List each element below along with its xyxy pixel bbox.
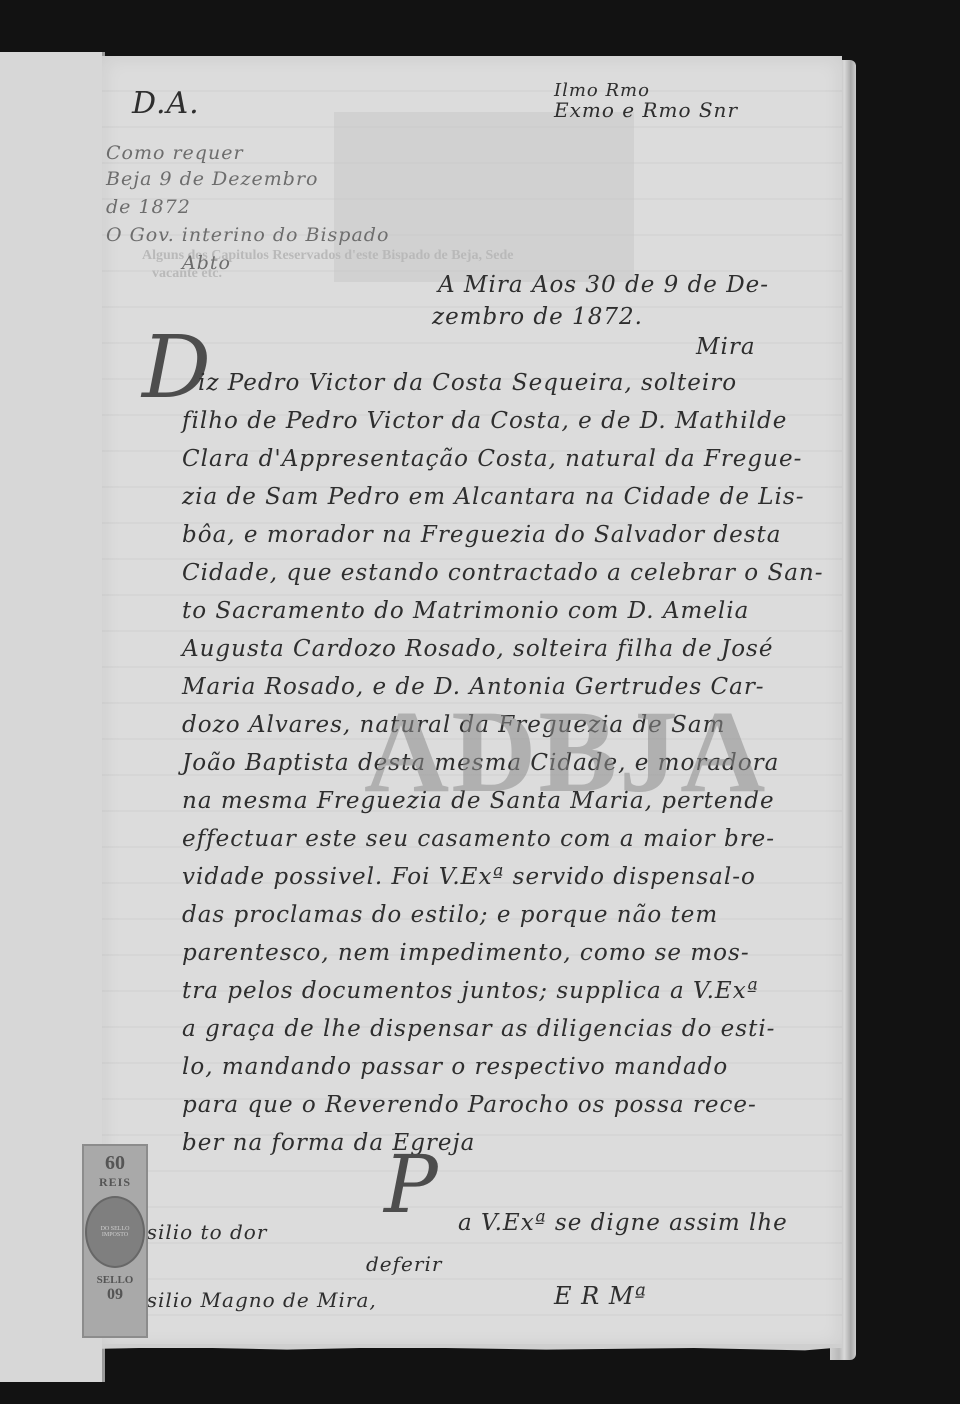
drop-cap-d: D [142,318,211,418]
body-line: lo, mandando passar o respectivo mandado [182,1054,728,1080]
body-line: Clara d'Appresentação Costa, natural da … [182,446,802,472]
closing-line: a V.Exª se digne assim lhe [458,1210,788,1236]
archive-watermark: ADBJA [364,684,767,820]
header-salutation: Exmo e Rmo Snr [554,98,738,122]
header-initials: D.A. [132,86,200,121]
body-line: zia de Sam Pedro em Alcantara na Cidade … [182,484,804,510]
margin-note-line: Abto [182,252,231,274]
body-line: to Sacramento do Matrimonio com D. Ameli… [182,598,749,624]
closing-deferir: deferir [366,1252,442,1276]
stamp-unit: REIS [84,1175,146,1190]
stamp-label: SELLO [84,1274,146,1286]
body-line: tra pelos documentos juntos; supplica a … [182,978,759,1004]
margin-note-line: O Gov. interino do Bispado [106,224,389,246]
place-heading: Mira [696,334,756,360]
margin-note-line: de 1872 [106,196,191,218]
stamp-value: 60 [84,1152,146,1175]
revenue-stamp: 60 REIS DO SELLO IMPOSTO SELLO 09 [82,1144,148,1338]
margin-note-line: Beja 9 de Dezembro [106,168,318,190]
stamp-seal-text: DO SELLO IMPOSTO [87,1226,143,1238]
body-line: a graça de lhe dispensar as diligencias … [182,1016,775,1042]
body-line: parentesco, nem impedimento, como se mos… [182,940,750,966]
body-line: bôa, e morador na Freguezia do Salvador … [182,522,782,548]
stamp-seal-icon: DO SELLO IMPOSTO [85,1196,145,1268]
margin-note-line: Como requer [106,142,244,164]
dateline-2: zembro de 1872. [432,304,643,330]
stamp-number: 09 [84,1286,146,1304]
body-line: vidade possivel. Foi V.Exª servido dispe… [182,864,756,890]
dateline-1: A Mira Aos 30 de 9 de De- [438,272,769,298]
closing-erm: E R Mª [554,1282,647,1310]
document-page: Alguns dos Capitulos Reservados d'este B… [102,56,842,1348]
body-line: para que o Reverendo Parocho os possa re… [182,1092,757,1118]
body-line: das proclamas do estilo; e porque não te… [182,902,718,928]
body-line: Augusta Cardozo Rosado, solteira filha d… [182,636,773,662]
body-line: iz Pedro Victor da Costa Sequeira, solte… [198,370,737,396]
body-line: Cidade, que estando contractado a celebr… [182,560,824,586]
body-line: effectuar este seu casamento com a maior… [182,826,775,852]
drop-cap-p: P [384,1138,438,1231]
body-line: filho de Pedro Victor da Costa, e de D. … [182,408,787,434]
